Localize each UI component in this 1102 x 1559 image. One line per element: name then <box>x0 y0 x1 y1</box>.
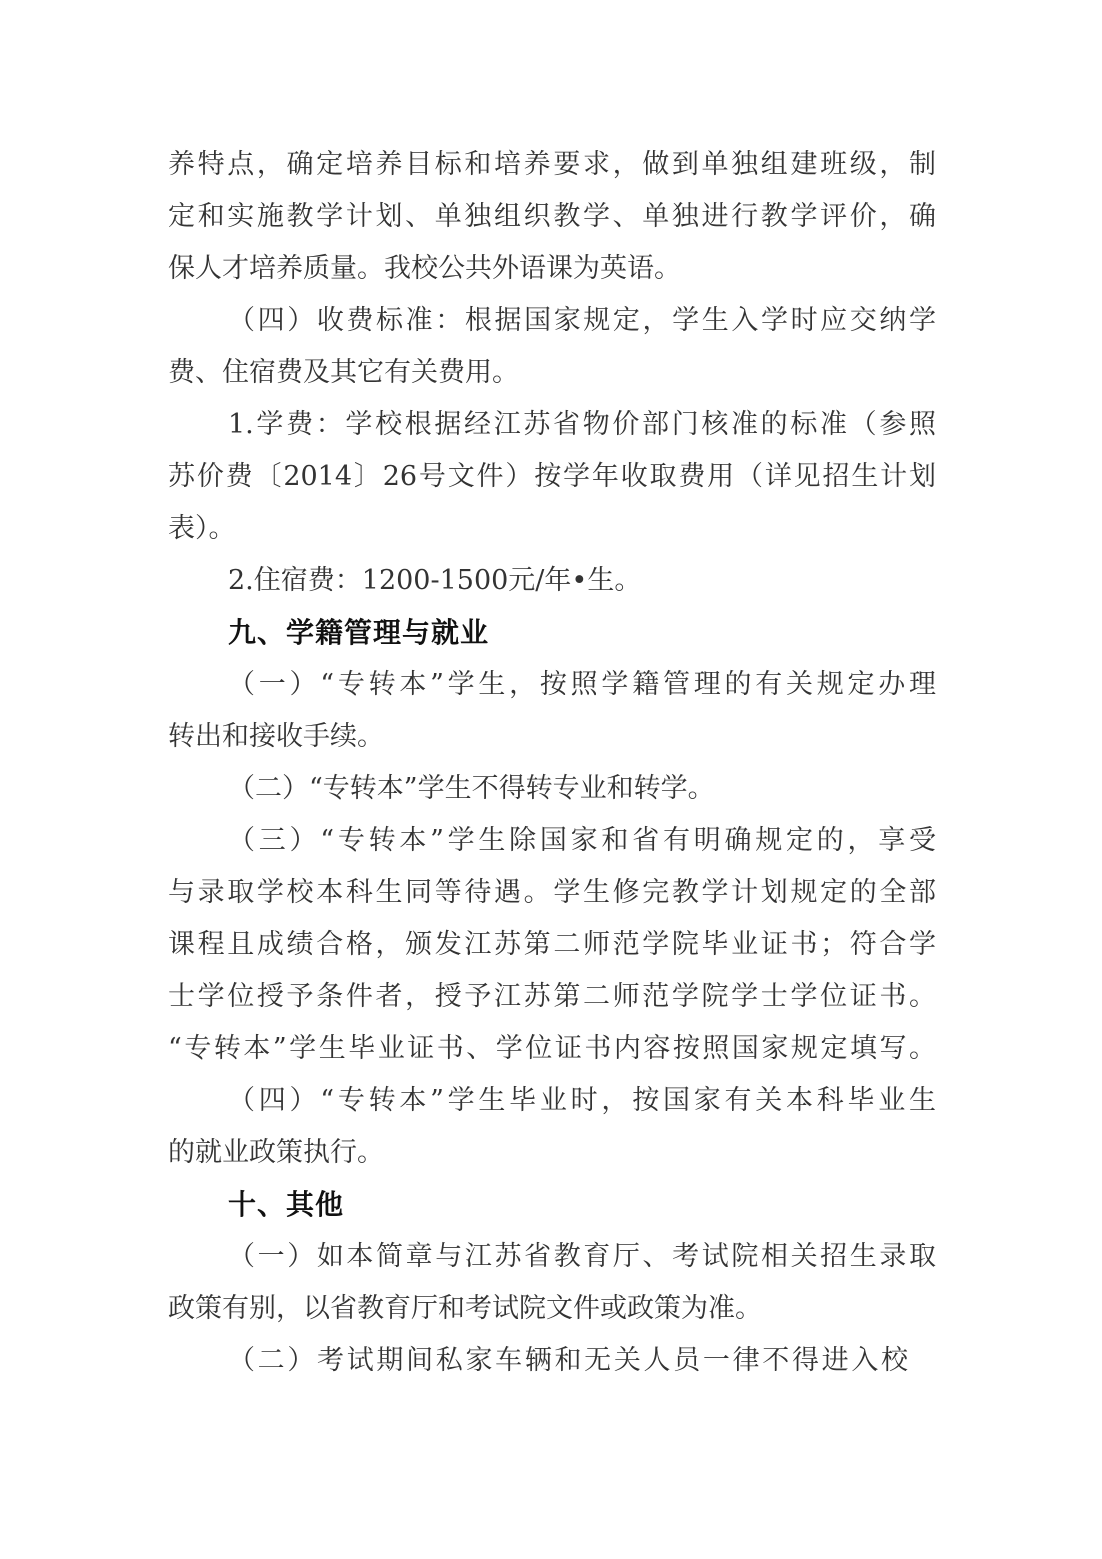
paragraph-enrollment-1: （一）“专转本”学生，按照学籍管理的有关规定办理 <box>228 665 936 705</box>
paragraph-line: 士学位授予条件者，授予江苏第二师范学院学士学位证书。 <box>168 977 936 1017</box>
paragraph-line: 费、住宿费及其它有关费用。 <box>168 353 936 393</box>
paragraph-fees-standard: （四）收费标准：根据国家规定，学生入学时应交纳学 <box>228 301 936 341</box>
paragraph-tuition: 1.学费：学校根据经江苏省物价部门核准的标准（参照 <box>228 405 936 445</box>
paragraph-line: 表）。 <box>168 509 936 549</box>
paragraph-other-2: （二）考试期间私家车辆和无关人员一律不得进入校 <box>228 1341 908 1381</box>
paragraph-enrollment-4: （四）“专转本”学生毕业时，按国家有关本科毕业生 <box>228 1081 936 1121</box>
paragraph-line: 定和实施教学计划、单独组织教学、单独进行教学评价，确 <box>168 197 936 237</box>
document-page: 养特点，确定培养目标和培养要求，做到单独组建班级，制 定和实施教学计划、单独组织… <box>0 0 1102 1559</box>
paragraph-line: 政策有别，以省教育厅和考试院文件或政策为准。 <box>168 1289 936 1329</box>
paragraph-line: 转出和接收手续。 <box>168 717 936 757</box>
paragraph-enrollment-3: （三）“专转本”学生除国家和省有明确规定的，享受 <box>228 821 936 861</box>
paragraph-enrollment-2: （二）“专转本”学生不得转专业和转学。 <box>228 769 936 809</box>
paragraph-line: 苏价费〔2014〕26号文件）按学年收取费用（详见招生计划 <box>168 457 936 497</box>
paragraph-line: 与录取学校本科生同等待遇。学生修完教学计划规定的全部 <box>168 873 936 913</box>
paragraph-other-1: （一）如本简章与江苏省教育厅、考试院相关招生录取 <box>228 1237 936 1277</box>
paragraph-accommodation-fee: 2.住宿费：1200-1500元/年•生。 <box>228 561 936 601</box>
paragraph-line: “专转本”学生毕业证书、学位证书内容按照国家规定填写。 <box>168 1029 936 1069</box>
paragraph-line: 保人才培养质量。我校公共外语课为英语。 <box>168 249 936 289</box>
paragraph-line: 课程且成绩合格，颁发江苏第二师范学院毕业证书；符合学 <box>168 925 936 965</box>
section-heading-other: 十、其他 <box>228 1185 344 1225</box>
paragraph-line: 的就业政策执行。 <box>168 1133 936 1173</box>
paragraph-line: 养特点，确定培养目标和培养要求，做到单独组建班级，制 <box>168 145 936 185</box>
section-heading-enrollment-employment: 九、学籍管理与就业 <box>228 613 489 653</box>
